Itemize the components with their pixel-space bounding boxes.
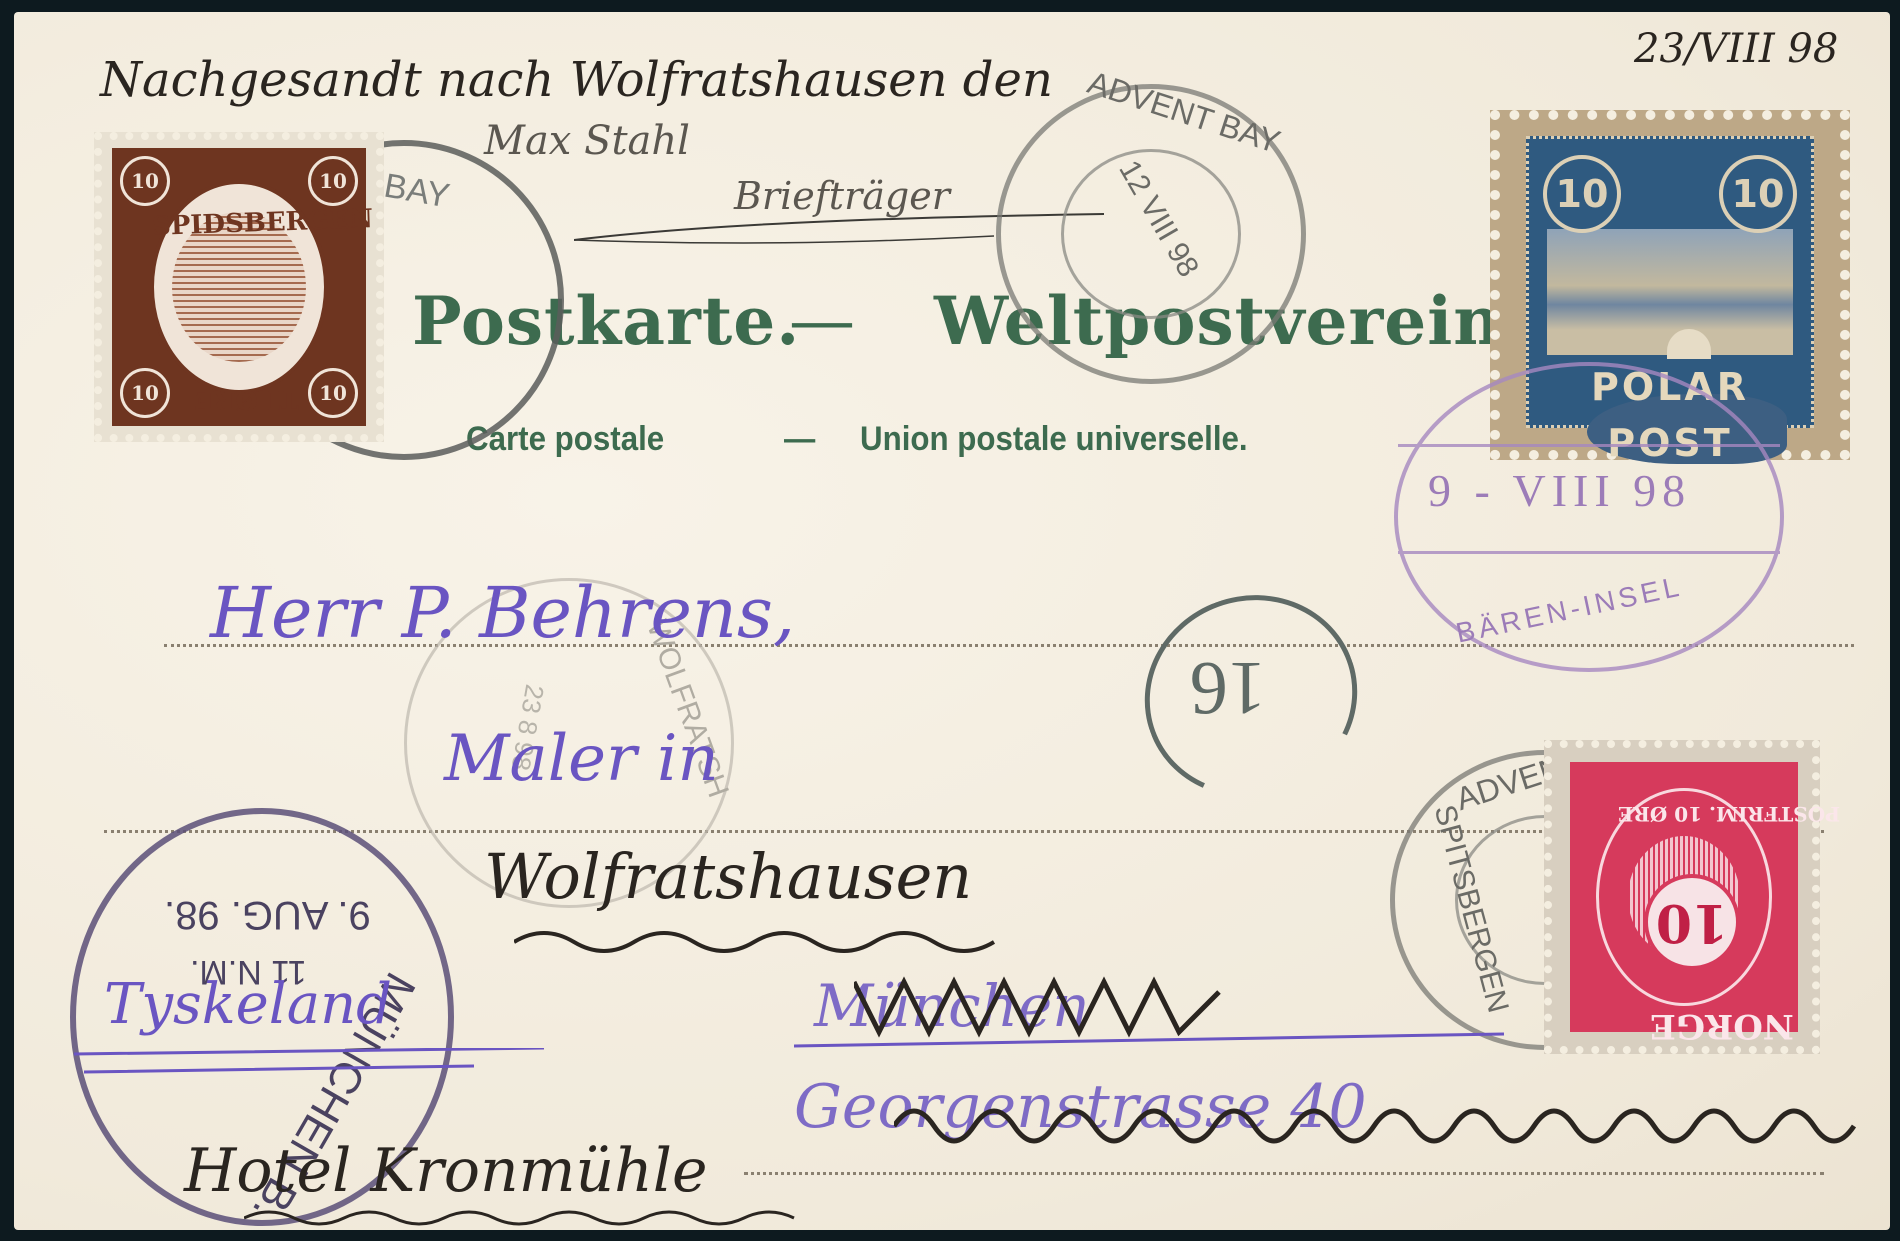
stamp-norge: 10 POSTFRIM. 10 ØRE NORGE xyxy=(1544,740,1820,1054)
hotel-underline xyxy=(244,1206,844,1230)
address-city-crossed: Wolfratshausen xyxy=(484,840,972,913)
stamp-spidsbergen: 10 10 10 10 SPIDSBERGEN TI ØRE xyxy=(94,132,384,442)
strike-wavy-2 xyxy=(894,1106,1864,1156)
stamp-top-text: POSTFRIM. 10 ØRE xyxy=(1618,802,1840,826)
forwarding-date: 23/VIII 98 xyxy=(1634,26,1838,72)
strike-wavy xyxy=(514,922,1034,962)
postcard: Nachgesandt nach Wolfratshausen den 23/V… xyxy=(14,12,1890,1230)
stamp-value: 10 xyxy=(308,368,358,418)
stamp-value: 10 xyxy=(120,156,170,206)
stamp-value: 10 xyxy=(1644,874,1740,970)
forwarding-note: Nachgesandt nach Wolfratshausen den xyxy=(100,52,1053,108)
addressee-occupation: Maler in xyxy=(444,722,719,796)
header-dash: — xyxy=(789,282,856,359)
violet-underline xyxy=(794,1032,1514,1052)
stamp-value: 10 xyxy=(120,368,170,418)
addressee-name: Herr P. Behrens, xyxy=(210,572,795,654)
stamp-top-text: SPIDSBERGEN xyxy=(152,204,374,242)
stamp-bottom-text: TI ØRE xyxy=(194,384,299,414)
stamp-bottom-text: NORGE xyxy=(1650,1006,1794,1046)
postman-name: Max Stahl xyxy=(484,118,690,164)
forward-underline xyxy=(74,1048,554,1078)
postmark-muenchen-date: 9. AUG. 98. xyxy=(164,892,371,937)
stamp-value: 10 xyxy=(308,156,358,206)
stamp-value: 10 xyxy=(1719,155,1797,233)
address-hotel: Hotel Kronmühle xyxy=(184,1136,707,1206)
union-postale-subtitle: Union postale universelle. xyxy=(860,420,1248,459)
postmark-16-number: 16 xyxy=(1190,644,1266,731)
subtitle-dash: — xyxy=(784,420,815,459)
address-forward-country: Tyskeland xyxy=(104,972,392,1037)
postmark-baren-insel xyxy=(1394,362,1784,672)
postmark-baren-insel-date: 9 - VIII 98 xyxy=(1428,464,1691,517)
stamp-value: 10 xyxy=(1543,155,1621,233)
address-line-3 xyxy=(744,1172,1824,1175)
